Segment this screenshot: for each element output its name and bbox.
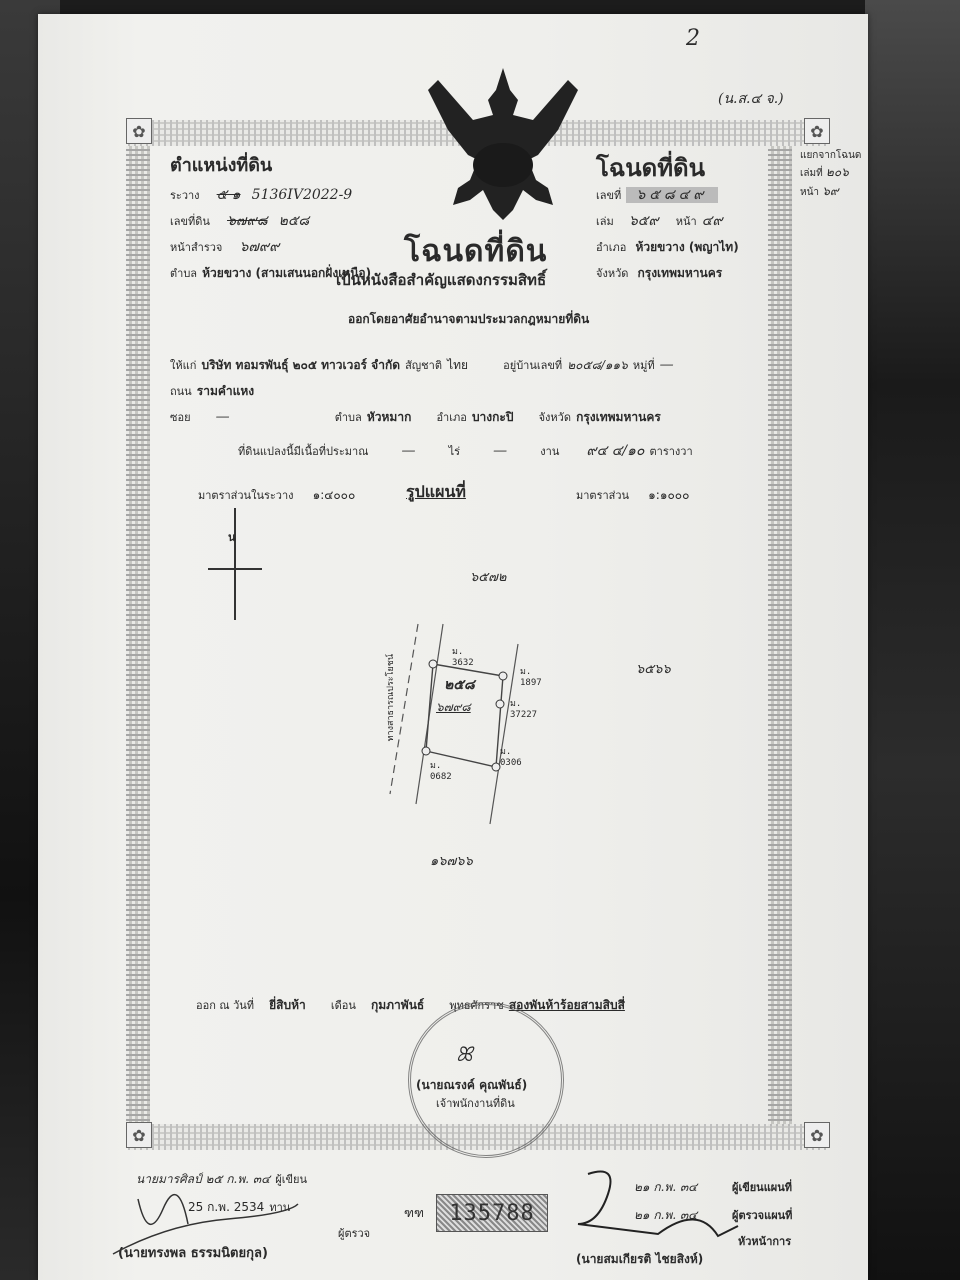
field-deed-number: เลขที่ ๖๕๘๔๙ — [596, 184, 718, 206]
field-book: เล่ม ๖๕๙ หน้า ๔๙ — [596, 210, 723, 232]
official-title: เจ้าพนักงานที่ดิน — [436, 1094, 515, 1112]
value-deed-number: ๖๕๘๔๙ — [626, 187, 717, 203]
subtitle: เป็นหนังสือสำคัญแสดงกรรมสิทธิ์ — [336, 268, 546, 292]
marker-37227: ม.37227 — [510, 696, 537, 720]
area-intro: ที่ดินแปลงนี้มีเนื้อที่ประมาณ — [238, 445, 368, 458]
label-amphoe: อำเภอ — [596, 241, 626, 254]
marker-0682: ม.0682 — [430, 758, 452, 782]
label-province: จังหวัด — [596, 267, 628, 280]
province-value: กรุงเทพมหานคร — [576, 410, 661, 424]
parcel-plan-drawing — [378, 564, 658, 884]
nationality-label: สัญชาติ — [405, 359, 442, 372]
moo-value: — — [660, 357, 674, 373]
plan-title: รูปแผนที่ — [406, 480, 466, 505]
corner-ornament-icon: ✿ — [804, 1122, 830, 1148]
official-signature: ꕤ — [456, 1042, 473, 1066]
value-province: กรุงเทพมหานคร — [637, 266, 722, 280]
value-book: ๖๕๙ — [629, 213, 659, 229]
left-border-pattern — [126, 146, 150, 1126]
label-map-sheet: ระวาง — [170, 189, 200, 202]
checker-label: ผู้ตรวจ — [338, 1224, 370, 1242]
separated-page-value: ๖๙ — [822, 184, 838, 198]
value-page: ๔๙ — [702, 213, 723, 229]
separated-page-label: หน้า — [800, 187, 819, 198]
owner-line: ให้แก่ บริษัท ทอมรพันธุ์ ๒๐๕ ทาวเวอร์ จำ… — [170, 354, 770, 375]
serial-number: 135788 — [436, 1194, 548, 1232]
plan-bottom-neighbor: ๑๖๗๖๖ — [430, 850, 473, 871]
label-book: เล่ม — [596, 215, 614, 228]
owner-name: บริษัท ทอมรพันธุ์ ๒๐๕ ทาวเวอร์ จำกัด — [201, 358, 400, 372]
plan-plot-sub: ๖๗๙๘ — [436, 698, 471, 717]
value-amphoe: ห้วยขวาง (พญาไท) — [636, 240, 739, 254]
separated-book-label: เล่มที่ — [800, 168, 823, 179]
official-name: (นายณรงค์ คุณพันธ์) — [416, 1076, 527, 1095]
amphoe-label: อำเภอ — [436, 411, 466, 424]
amphoe-value: บางกะปิ — [472, 410, 514, 424]
form-code: (น.ส.๔ จ.) — [718, 88, 784, 110]
soi-label: ซอย — [170, 411, 191, 424]
issued-by: ออกโดยอาศัยอำนาจตามประมวลกฎหมายที่ดิน — [348, 310, 589, 329]
tambon-value: หัวหมาก — [367, 410, 411, 424]
road-line: ถนน รามคำแหง — [170, 380, 254, 401]
struck-value: ๖๗๙๘ — [227, 213, 267, 229]
nationality-value: ไทย — [447, 358, 468, 372]
house-no-label: อยู่บ้านเลขที่ — [503, 359, 562, 372]
right-border-pattern — [768, 146, 792, 1126]
area-rai-value: — — [374, 443, 444, 459]
label-deed-number: เลขที่ — [596, 189, 621, 202]
road-label: ถนน — [170, 385, 192, 398]
separated-from-label: แยกจากโฉนด — [800, 148, 870, 163]
field-province: จังหวัด กรุงเทพมหานคร — [596, 262, 722, 283]
label-tambon: ตำบล — [170, 267, 197, 280]
field-amphoe: อำเภอ ห้วยขวาง (พญาไท) — [596, 236, 739, 257]
issue-month: กุมภาพันธ์ — [371, 998, 424, 1012]
address-line: ซอย — ตำบล หัวหมาก อำเภอ บางกะปิ จังหวัด… — [170, 406, 770, 427]
to-label: ให้แก่ — [170, 359, 196, 372]
right-header-title: โฉนดที่ดิน — [596, 148, 705, 187]
label-survey-page: หน้าสำรวจ — [170, 241, 222, 254]
page-marker: 2 — [686, 26, 700, 51]
checker-signature — [108, 1184, 308, 1264]
area-rai-label: ไร่ — [449, 445, 460, 458]
label-parcel-number: เลขที่ดิน — [170, 215, 210, 228]
value-parcel-number: ๒๕๘ — [279, 213, 310, 229]
corner-ornament-icon: ✿ — [804, 118, 830, 144]
area-line: ที่ดินแปลงนี้มีเนื้อที่ประมาณ — ไร่ — งา… — [238, 440, 693, 462]
issue-year: สองพันห้าร้อยสามสิบสี่ — [509, 998, 625, 1012]
plan-top-neighbor: ๖๕๗๒ — [470, 566, 506, 587]
plan-scale-value: ๑:๑๐๐๐ — [648, 488, 689, 502]
separated-book-value: ๒๐๖ — [826, 165, 849, 179]
marker-1897: ม.1897 — [520, 664, 542, 688]
plan-road-label: ทางสาธารณประโยชน์ — [384, 654, 398, 741]
plan-plot-number: ๒๕๘ — [444, 674, 475, 696]
left-header-title: ตำแหน่งที่ดิน — [170, 150, 272, 179]
issue-month-label: เดือน — [331, 999, 356, 1012]
value-survey-page: ๖๗๙๙ — [239, 239, 279, 255]
corner-ornament-icon: ✿ — [126, 118, 152, 144]
field-map-sheet: ระวาง ๕ ๑ 5136IV2022-9 — [170, 184, 470, 206]
north-arrow-crossbar — [208, 568, 262, 570]
province-label: จังหวัด — [539, 411, 571, 424]
plan-scale-label: มาตราส่วน — [576, 489, 629, 502]
plan-right-neighbor: ๖๕๖๖ — [636, 658, 671, 679]
serial-prefix: ฑฑ — [404, 1204, 424, 1223]
map-scale: มาตราส่วนในระวาง ๑:๔๐๐๐ — [198, 484, 355, 505]
tambon-label: ตำบล — [335, 411, 362, 424]
marker-0306: ม.0306 — [500, 744, 522, 768]
north-label: น — [228, 528, 236, 546]
issue-date-prefix: ออก ณ วันที่ — [196, 999, 254, 1012]
separated-from-block: แยกจากโฉนด เล่มที่ ๒๐๖ หน้า ๖๙ — [800, 148, 870, 201]
moo-label: หมู่ที่ — [633, 359, 655, 372]
corner-ornament-icon: ✿ — [126, 1122, 152, 1148]
label-page: หน้า — [676, 215, 697, 228]
struck-value: ๕ ๑ — [217, 187, 241, 203]
value-map-sheet: 5136IV2022-9 — [252, 187, 353, 203]
map-scale-value: ๑:๔๐๐๐ — [313, 488, 356, 502]
background-right — [865, 0, 960, 1280]
area-ngan-label: งาน — [540, 445, 559, 458]
area-ngan-value: — — [465, 443, 535, 459]
area-wa-label: ตารางวา — [650, 445, 693, 458]
road-value: รามคำแหง — [197, 384, 254, 398]
head-signature — [558, 1164, 758, 1254]
issue-day: ยี่สิบห้า — [269, 998, 306, 1012]
marker-3632: ม.3632 — [452, 644, 474, 668]
map-scale-label: มาตราส่วนในระวาง — [198, 489, 294, 502]
soi-value: — — [216, 409, 230, 425]
plan-scale: มาตราส่วน ๑:๑๐๐๐ — [576, 484, 689, 505]
area-wa-value: ๙๔ ๔/๑๐ — [564, 440, 644, 462]
land-title-deed-paper: 2 (น.ส.๔ จ.) ✿ ✿ ✿ ✿ ตำแหน่งที่ดิน ระวาง… — [38, 14, 868, 1280]
north-arrow-icon — [234, 508, 236, 620]
house-no-value: ๒๐๕๘/๑๑๖ — [567, 358, 627, 372]
